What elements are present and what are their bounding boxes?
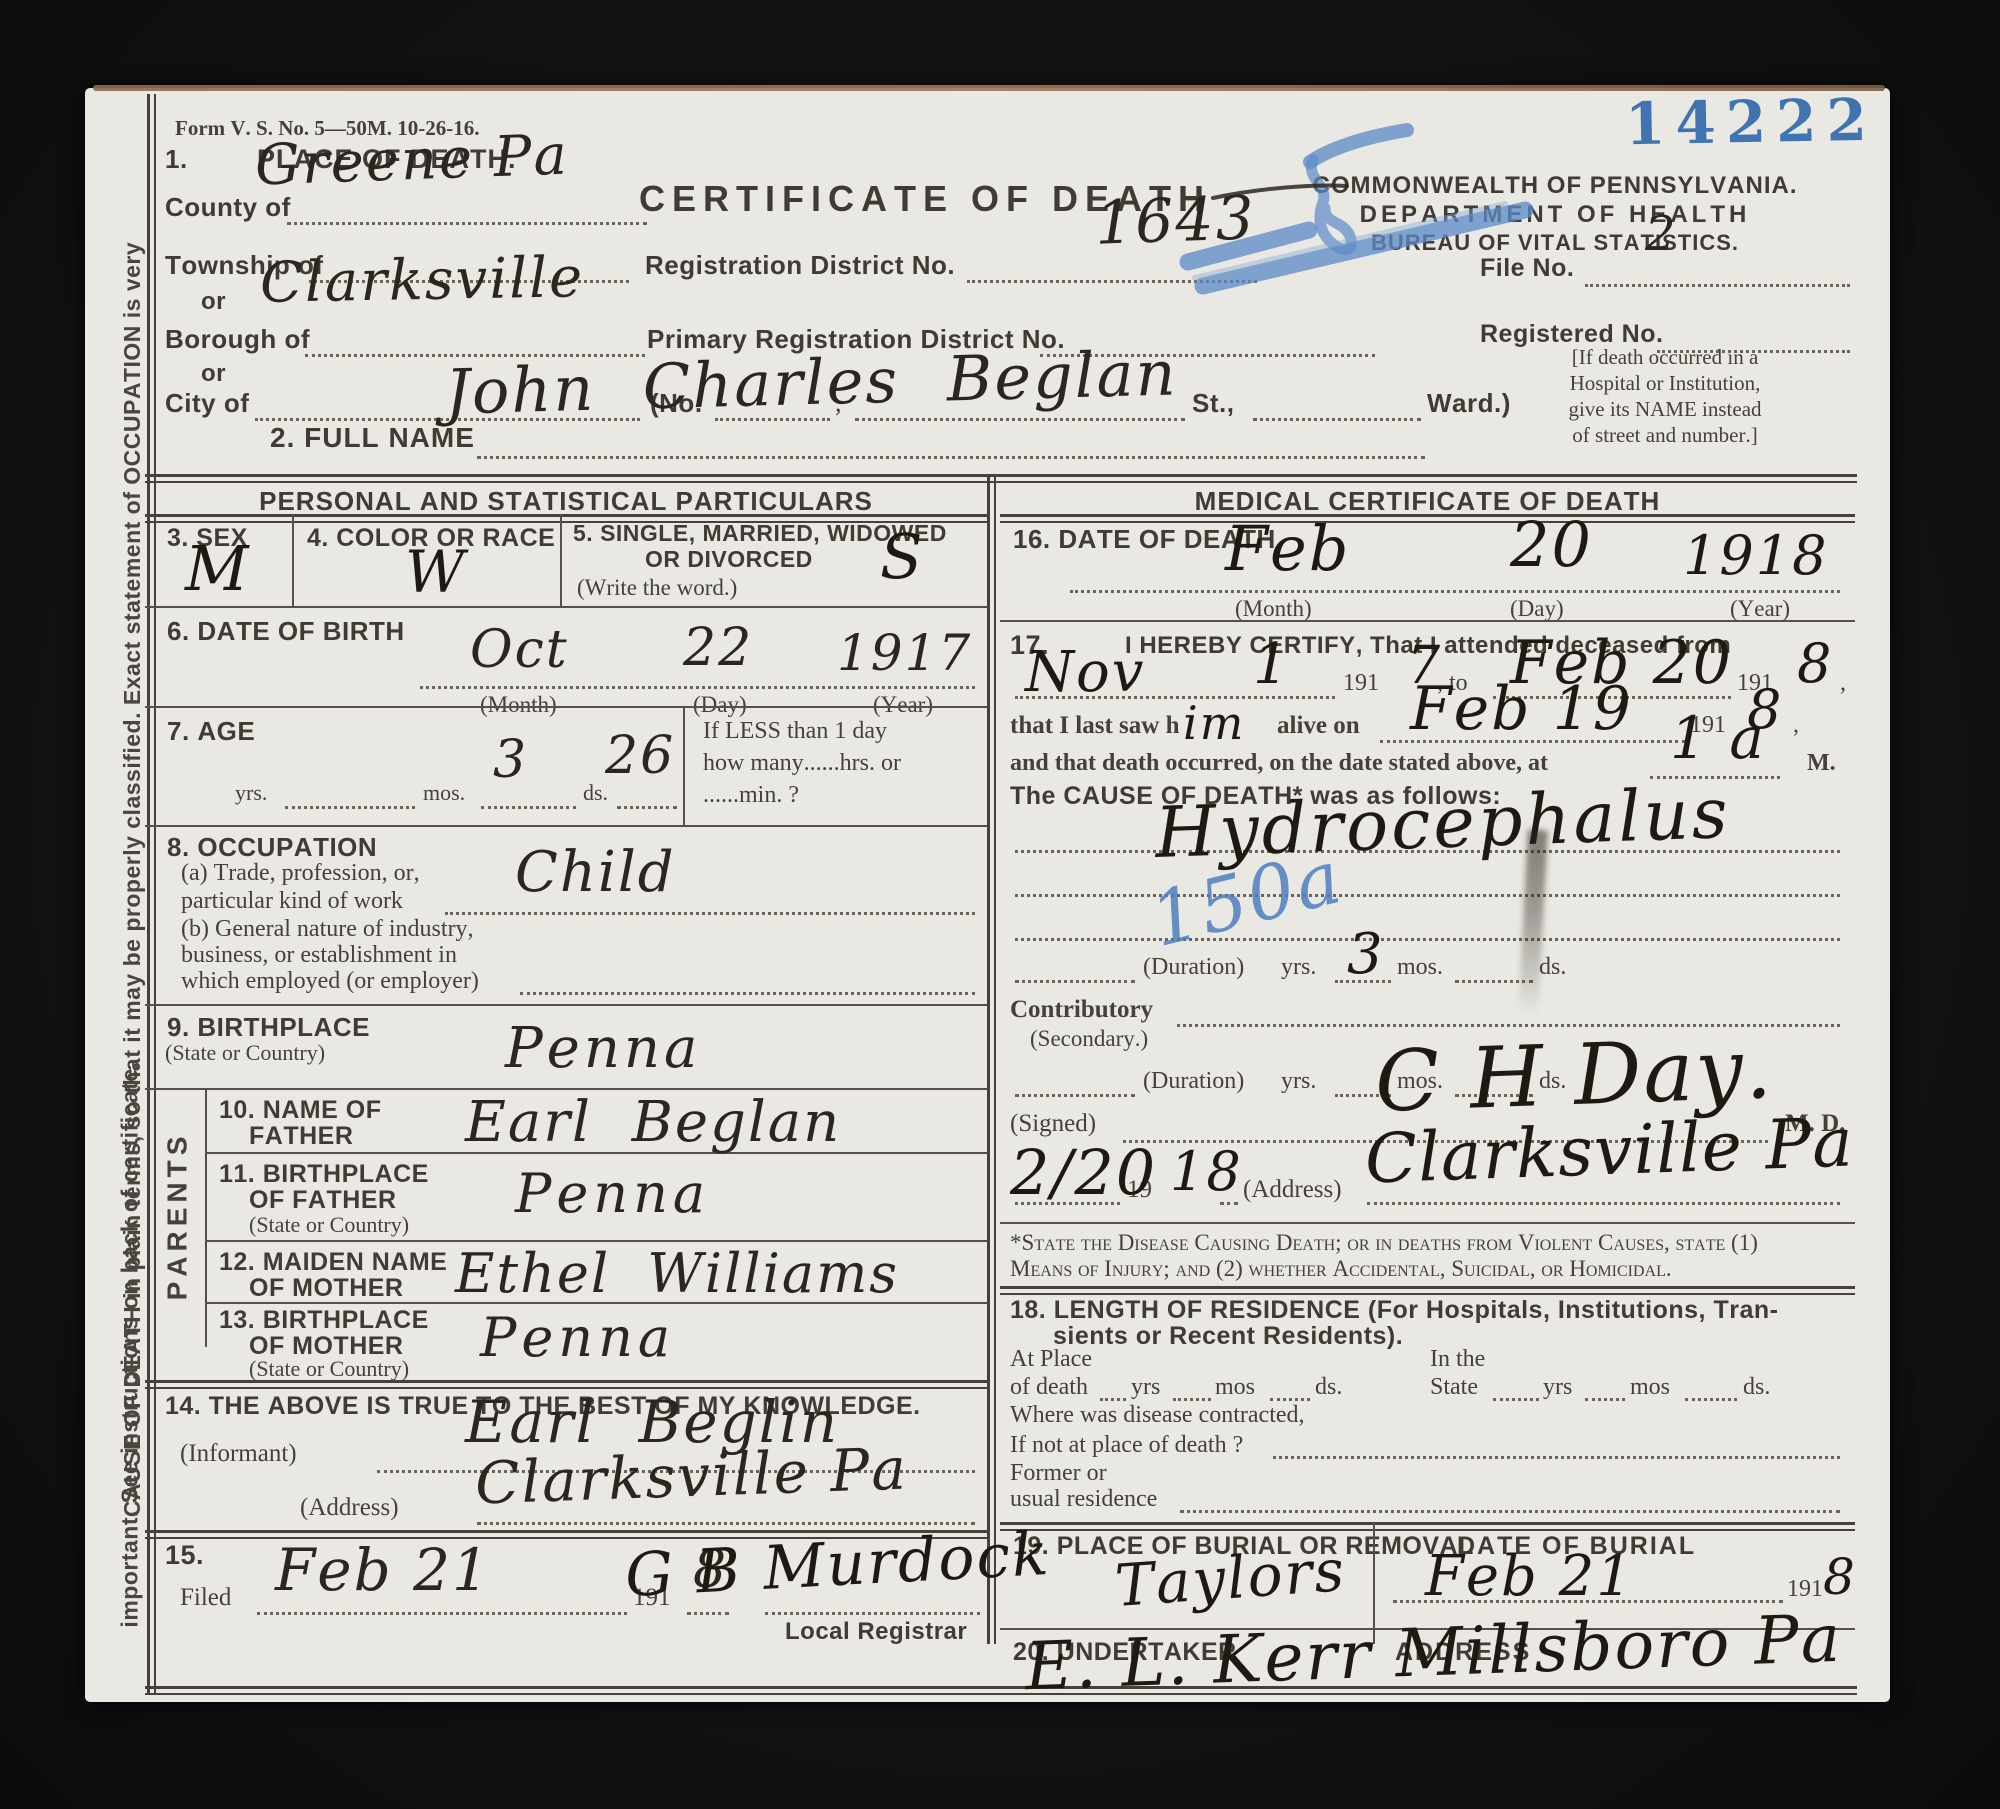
marital-handwritten-value: S bbox=[880, 520, 924, 593]
scan-background: CAUSE OF DEATH in plain terms, so that i… bbox=[0, 0, 2000, 1809]
occupation-a-fill bbox=[445, 912, 975, 915]
city-label: City of bbox=[165, 388, 249, 419]
registration-district-label: Registration District No. bbox=[645, 250, 955, 281]
county-fill-line bbox=[287, 222, 647, 225]
occupation-a-line1: (a) Trade, profession, or, bbox=[181, 860, 420, 887]
residence-bottom-rule bbox=[1000, 1522, 1855, 1531]
age-mos-fill bbox=[481, 806, 576, 809]
duration2-fill-a bbox=[1015, 1094, 1135, 1097]
agency-line-1: COMMONWEALTH OF PENNSYLVANIA. bbox=[1250, 172, 1860, 200]
header-divider-rule bbox=[145, 474, 1857, 483]
comma-printed-2: , bbox=[1793, 712, 1799, 739]
county-handwritten-value: Greene Pa bbox=[254, 123, 570, 199]
duration1-ds-label: ds. bbox=[1539, 954, 1566, 981]
former-label-2: usual residence bbox=[1010, 1486, 1157, 1513]
physician-address-handwritten: Clarksville Pa bbox=[1364, 1103, 1855, 1199]
form-bottom-rule bbox=[145, 1686, 1857, 1695]
personal-header-rule bbox=[145, 514, 987, 523]
father-birthplace-sub-label: (State or Country) bbox=[249, 1212, 409, 1238]
occupation-b-fill bbox=[520, 992, 975, 995]
last-saw-pre: that I last saw h bbox=[1010, 712, 1179, 740]
burial-year-handwritten: 8 bbox=[1823, 1548, 1857, 1606]
informant-address-handwritten: Clarksville Pa bbox=[474, 1434, 909, 1517]
father-name-handwritten: Earl Beglan bbox=[465, 1090, 841, 1155]
contributory-label: Contributory bbox=[1010, 996, 1153, 1024]
former-fill bbox=[1180, 1510, 1840, 1513]
attended-from-month-handwritten: Nov bbox=[1025, 640, 1145, 705]
or-label-1: or bbox=[201, 288, 226, 316]
date-of-death-fill bbox=[1070, 590, 1840, 593]
mother-birthplace-handwritten: Penna bbox=[480, 1306, 675, 1369]
informant-address-fill bbox=[477, 1522, 975, 1525]
sex-race-divider bbox=[292, 514, 294, 606]
father-name-label-1: 10. NAME OF bbox=[219, 1096, 381, 1125]
filed-year-fill bbox=[687, 1612, 729, 1615]
secondary-label: (Secondary.) bbox=[1030, 1026, 1148, 1052]
dob-year-caption: (Year) bbox=[873, 692, 933, 718]
filed-date-handwritten: Feb 21 bbox=[275, 1536, 491, 1604]
dod-year-caption: (Year) bbox=[1730, 596, 1790, 622]
burial-place-handwritten: Taylors bbox=[1113, 1536, 1348, 1620]
contracted-line-2: If not at place of death ? bbox=[1010, 1432, 1243, 1459]
at-place-label-2: of death bbox=[1010, 1374, 1088, 1401]
filed-label: Filed bbox=[180, 1584, 231, 1612]
occupation-label: 8. OCCUPATION bbox=[167, 832, 377, 863]
comma-printed: , bbox=[1840, 670, 1846, 697]
dob-day-handwritten: 22 bbox=[683, 618, 753, 678]
signed-label: (Signed) bbox=[1010, 1110, 1096, 1138]
dod-month-handwritten: Feb bbox=[1225, 512, 1350, 585]
informant-label: (Informant) bbox=[180, 1440, 297, 1468]
atplace-mos: mos bbox=[1215, 1374, 1255, 1401]
race-marital-divider bbox=[560, 514, 562, 606]
borough-label: Borough of bbox=[165, 324, 310, 355]
atplace-fill-b bbox=[1173, 1398, 1211, 1401]
row-rule bbox=[145, 825, 987, 827]
file-no-fill-line bbox=[1585, 284, 1850, 287]
occupation-b-line2: business, or establishment in bbox=[181, 942, 457, 969]
dod-year-handwritten: 1918 bbox=[1683, 524, 1828, 587]
age-mos-label: mos. bbox=[423, 780, 465, 806]
street-name-fill-line bbox=[855, 418, 1185, 421]
residence-label-line1: 18. LENGTH OF RESIDENCE (For Hospitals, … bbox=[1010, 1296, 1778, 1325]
marital-label-line2: OR DIVORCED bbox=[645, 546, 813, 573]
age-subcell-divider bbox=[683, 706, 685, 825]
registration-district-handwritten-value: 1643 bbox=[1094, 183, 1257, 259]
state-fill-b bbox=[1585, 1398, 1625, 1401]
serial-number-stamp: 14222 bbox=[1624, 86, 1877, 158]
at-place-label-1: At Place bbox=[1010, 1346, 1092, 1373]
footnote-line-2: Means of Injury; and (2) whether Acciden… bbox=[1010, 1256, 1672, 1282]
marital-hint: (Write the word.) bbox=[577, 575, 737, 601]
father-name-label-2: FATHER bbox=[249, 1122, 353, 1151]
dob-month-handwritten: Oct bbox=[470, 620, 569, 680]
dob-fill-line bbox=[420, 686, 975, 689]
death-occurred-line: and that death occurred, on the date sta… bbox=[1010, 750, 1548, 777]
dod-month-caption: (Month) bbox=[1235, 596, 1312, 622]
column-divider-rule bbox=[987, 474, 996, 1644]
age-less-line3: ......min. ? bbox=[703, 782, 799, 809]
state-fill-c bbox=[1685, 1398, 1737, 1401]
mother-name-handwritten: Ethel Williams bbox=[455, 1242, 899, 1305]
state-fill-a bbox=[1493, 1398, 1539, 1401]
dod-day-caption: (Day) bbox=[1510, 596, 1564, 622]
age-ds-handwritten: 26 bbox=[605, 726, 675, 786]
father-birthplace-label-2: OF FATHER bbox=[249, 1186, 397, 1215]
st-label: St., bbox=[1192, 388, 1234, 419]
physician-address-fill bbox=[1367, 1202, 1840, 1205]
attended-from-year-printed: 191 bbox=[1343, 670, 1379, 697]
row-rule bbox=[145, 1004, 987, 1006]
contracted-line-1: Where was disease contracted, bbox=[1010, 1402, 1305, 1429]
in-the-label-1: In the bbox=[1430, 1346, 1485, 1373]
file-no-handwritten-value: 2 bbox=[1645, 206, 1678, 262]
informant-address-label: (Address) bbox=[300, 1494, 399, 1522]
last-saw-post: alive on bbox=[1277, 712, 1360, 740]
state-mos: mos bbox=[1630, 1374, 1670, 1401]
mother-birthplace-sub-label: (State or Country) bbox=[249, 1356, 409, 1382]
mother-name-label-2: OF MOTHER bbox=[249, 1274, 404, 1303]
parents-vertical-label: PARENTS bbox=[161, 1132, 193, 1301]
contracted-fill bbox=[1273, 1456, 1840, 1459]
physician-address-label: (Address) bbox=[1243, 1176, 1342, 1204]
row-rule bbox=[145, 606, 987, 608]
hospital-note-line-2: Hospital or Institution, bbox=[1485, 370, 1845, 396]
personal-section-title: PERSONAL AND STATISTICAL PARTICULARS bbox=[145, 486, 987, 517]
filed-date-fill bbox=[257, 1612, 627, 1615]
last-saw-him-handwritten: im bbox=[1183, 696, 1245, 750]
birthplace-label: 9. BIRTHPLACE bbox=[167, 1012, 370, 1043]
birthplace-handwritten-value: Penna bbox=[505, 1016, 701, 1081]
atplace-yrs: yrs bbox=[1131, 1374, 1160, 1401]
hospital-note: [If death occurred in a Hospital or Inst… bbox=[1485, 344, 1845, 448]
dod-day-handwritten: 20 bbox=[1510, 508, 1593, 581]
hospital-note-line-1: [If death occurred in a bbox=[1485, 344, 1845, 370]
registered-no-fill-line bbox=[1657, 350, 1850, 353]
item-15-number: 15. bbox=[165, 1540, 204, 1571]
registration-district-fill-line bbox=[967, 280, 1257, 283]
occupation-b-line3: which employed (or employer) bbox=[181, 968, 479, 995]
row-rule bbox=[1000, 620, 1855, 622]
state-yrs: yrs bbox=[1543, 1374, 1572, 1401]
dob-month-caption: (Month) bbox=[480, 692, 557, 718]
atplace-fill-c bbox=[1270, 1398, 1310, 1401]
dob-label: 6. DATE OF BIRTH bbox=[167, 616, 405, 647]
duration2-yrs-label: yrs. bbox=[1281, 1068, 1316, 1095]
signed-year-handwritten: 18 bbox=[1170, 1140, 1243, 1203]
file-no-label: File No. bbox=[1480, 254, 1574, 283]
state-ds: ds. bbox=[1743, 1374, 1770, 1401]
borough-handwritten-value: Clarksville bbox=[259, 245, 584, 316]
full-name-label: 2. FULL NAME bbox=[270, 422, 475, 454]
age-less-line2: how many......hrs. or bbox=[703, 750, 901, 777]
duration1-fill-a bbox=[1015, 980, 1135, 983]
mother-name-label-1: 12. MAIDEN NAME bbox=[219, 1248, 447, 1277]
death-time-handwritten: 1 a bbox=[1670, 704, 1766, 772]
agency-line-2: DEPARTMENT OF HEALTH bbox=[1250, 201, 1860, 229]
in-the-label-2: State bbox=[1430, 1374, 1478, 1401]
signed-date-handwritten: 2/20 bbox=[1010, 1136, 1157, 1209]
full-name-handwritten-value: John Charles Beglan bbox=[444, 336, 1178, 428]
ward-fill-line bbox=[1253, 418, 1421, 421]
medical-section-title: MEDICAL CERTIFICATE OF DEATH bbox=[1000, 486, 1855, 517]
row-rule bbox=[1000, 1222, 1855, 1224]
full-name-fill-line bbox=[477, 456, 1425, 459]
age-ds-fill bbox=[617, 806, 677, 809]
former-label-1: Former or bbox=[1010, 1460, 1107, 1487]
age-less-line1: If LESS than 1 day bbox=[703, 718, 887, 745]
burial-year-printed: 191 bbox=[1787, 1576, 1823, 1603]
age-yrs-fill bbox=[285, 806, 415, 809]
birthplace-sub-label: (State or Country) bbox=[165, 1040, 325, 1066]
duration-label-1: (Duration) bbox=[1143, 954, 1244, 981]
medical-header-rule bbox=[1000, 514, 1855, 523]
atplace-ds: ds. bbox=[1315, 1374, 1342, 1401]
cause-fill-3 bbox=[1015, 938, 1840, 941]
margin-note-inner: important. See instructions on back of c… bbox=[117, 1061, 144, 1627]
dob-day-caption: (Day) bbox=[693, 692, 747, 718]
atplace-fill-a bbox=[1100, 1398, 1126, 1401]
race-handwritten-value: W bbox=[405, 538, 467, 606]
age-mos-handwritten: 3 bbox=[493, 730, 528, 790]
occupation-handwritten-value: Child bbox=[515, 840, 676, 905]
footnote-line-1: *State the Disease Causing Death; or in … bbox=[1010, 1230, 1758, 1256]
row-rule bbox=[145, 706, 987, 708]
margin-divider-rule bbox=[147, 94, 156, 1694]
hospital-note-line-4: of street and number.] bbox=[1485, 422, 1845, 448]
duration-label-2: (Duration) bbox=[1143, 1068, 1244, 1095]
m-label: M. bbox=[1807, 750, 1836, 777]
occupation-b-line1: (b) General nature of industry, bbox=[181, 916, 474, 943]
burial-date-handwritten: Feb 21 bbox=[1425, 1544, 1634, 1609]
attended-from-day-handwritten: 1 bbox=[1253, 632, 1291, 697]
age-yrs-label: yrs. bbox=[235, 780, 267, 806]
attended-to-year-handwritten: 8 bbox=[1797, 632, 1833, 695]
residence-label-line2: sients or Recent Residents). bbox=[1053, 1322, 1403, 1351]
agency-line-3: BUREAU OF VITAL STATISTICS. bbox=[1250, 230, 1860, 256]
father-birthplace-handwritten: Penna bbox=[515, 1162, 710, 1225]
duration-yrs-handwritten: 3 bbox=[1347, 922, 1385, 987]
occupation-a-line2: particular kind of work bbox=[181, 888, 403, 915]
local-registrar-label: Local Registrar bbox=[785, 1618, 967, 1646]
registrar-signature-fill bbox=[765, 1612, 980, 1615]
footnote-bottom-rule bbox=[1000, 1286, 1855, 1295]
mother-birthplace-label-1: 13. BIRTHPLACE bbox=[219, 1308, 429, 1332]
father-birthplace-label-1: 11. BIRTHPLACE bbox=[219, 1160, 429, 1189]
last-saw-date-handwritten: Feb 19 bbox=[1410, 674, 1633, 744]
age-label: 7. AGE bbox=[167, 716, 255, 747]
death-certificate-document: CAUSE OF DEATH in plain terms, so that i… bbox=[85, 88, 1890, 1702]
duration1-mos-label: mos. bbox=[1397, 954, 1443, 981]
dob-year-handwritten: 1917 bbox=[837, 624, 972, 682]
duration1-yrs-label: yrs. bbox=[1281, 954, 1316, 981]
parents-cell-divider bbox=[205, 1088, 207, 1347]
or-label-2: or bbox=[201, 360, 226, 388]
sex-handwritten-value: M bbox=[185, 532, 250, 605]
item-1-number: 1. bbox=[165, 144, 188, 175]
cause-fill-2 bbox=[1015, 894, 1840, 897]
hospital-note-line-3: give its NAME instead bbox=[1485, 396, 1845, 422]
